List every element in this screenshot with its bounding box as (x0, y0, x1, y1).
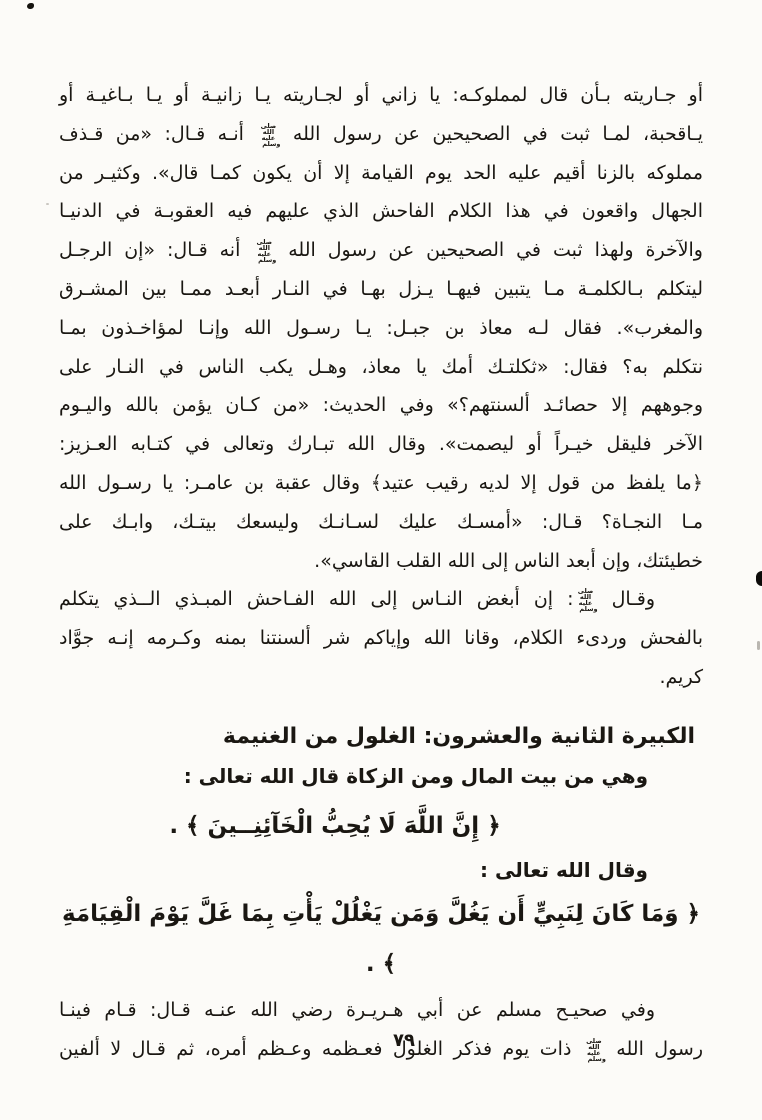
text-line: ﴿ما يلفظ من قول إلا لديه رقيب عتيد﴾ وقال… (59, 464, 703, 503)
prophet-honorific-seal: صلى الله عليه وسلم (256, 123, 280, 147)
text-line: أو جـاريته بـأن قال لمملوكـه: يا زاني أو… (59, 76, 703, 115)
text-line: مملوكه بالزنا أقيم عليه الحد يوم القيامة… (59, 154, 703, 193)
ink-speck-right-faint (757, 641, 760, 650)
ink-speck-left-dot (46, 203, 49, 205)
page-number: ٧٩ (393, 1030, 415, 1051)
text-line: كريم. (59, 658, 703, 697)
prophet-honorific-seal: صلى الله عليه وسلم (582, 1038, 606, 1062)
ink-speck-right-edge (756, 571, 762, 586)
text-line: يـاقحبة، لمـا ثبت في الصحيحين عن رسول ال… (59, 115, 703, 154)
para-prophet-hates-obscene: وقـال صلى الله عليه وسلم: إن أبغض النـاس… (59, 580, 703, 696)
lead-ghulul-definition: وهي من بيت المال ومن الزكاة قال الله تعا… (59, 759, 703, 793)
text-line: الآخر فليقل خيـراً أو ليصمت». وقال الله … (59, 425, 703, 464)
text-line: الجهال واقعون في هذا الكلام الفاحش الذي … (59, 192, 703, 231)
book-page: أو جـاريته بـأن قال لمملوكـه: يا زاني أو… (0, 0, 762, 1120)
prophet-honorific-seal: صلى الله عليه وسلم (252, 239, 276, 263)
text-line: وفي صحيـح مسلم عن أبي هـريـرة رضي الله ع… (59, 991, 703, 1030)
text-column: أو جـاريته بـأن قال لمملوكـه: يا زاني أو… (59, 76, 703, 1068)
text-line: والمغرب». فقال لـه معاذ بن جبـل: يـا رسـ… (59, 309, 703, 348)
prophet-honorific-seal: صلى الله عليه وسلم (574, 588, 598, 612)
lead-qala-allah-taala: وقال الله تعالى : (59, 853, 703, 887)
text-line: بالفحش وردىء الكلام، وقانا الله وإياكم ش… (59, 619, 703, 658)
text-line: وجوههم إلا حصائـد ألسنتهم؟» وفي الحديث: … (59, 386, 703, 425)
text-line: ليتكلم بـالكلمـة مـا يتبين فيهـا يـزل به… (59, 270, 703, 309)
text-line: نتكلم به؟ فقال: «ثكلتـك أمك يا معاذ، وهـ… (59, 348, 703, 387)
para-sahih-muslim-ghulul: وفي صحيـح مسلم عن أبي هـريـرة رضي الله ع… (59, 991, 703, 1069)
para-foul-speech-warning: أو جـاريته بـأن قال لمملوكـه: يا زاني أو… (59, 76, 703, 580)
quran-verse-khainin: ﴿ إِنَّ اللَّهَ لَا يُحِبُّ الْخَآئِنِــ… (59, 801, 703, 851)
text-line: وقـال صلى الله عليه وسلم: إن أبغض النـاس… (59, 580, 703, 619)
ink-speck-top-left (27, 3, 34, 9)
text-line: رسول الله صلى الله عليه وسلم ذات يوم فذك… (59, 1030, 703, 1069)
section-heading-major-sin-22: الكبيرة الثانية والعشرون: الغلول من الغن… (59, 719, 703, 755)
text-line: خطيئتك، وإن أبعد الناس إلى الله القلب ال… (59, 542, 703, 581)
quran-verse-ghulul: ﴿ وَمَا كَانَ لِنَبِيٍّ أَن يَغُلَّ وَمَ… (59, 889, 703, 989)
text-line: مـا النجـاة؟ قـال: «أمسـك عليك لسـانـك و… (59, 503, 703, 542)
text-line: والآخرة ولهذا ثبت في الصحيحين عن رسول ال… (59, 231, 703, 270)
